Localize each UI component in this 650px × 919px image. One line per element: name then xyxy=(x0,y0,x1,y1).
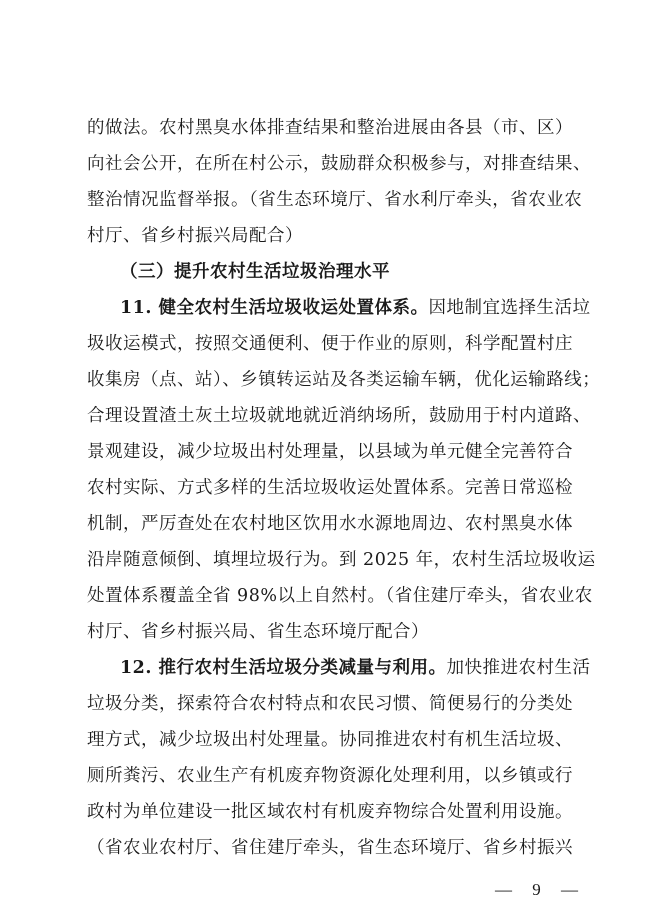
item-11-text: 因地制宜选择生活垃 xyxy=(429,298,591,318)
paragraph-line: 农村实际、方式多样的生活垃圾收运处置体系。完善日常巡检 xyxy=(87,470,565,506)
item-12-first-line: 12. 推行农村生活垃圾分类减量与利用。加快推进农村生活 xyxy=(120,650,565,686)
item-11-first-line: 11. 健全农村生活垃圾收运处置体系。因地制宜选择生活垃 xyxy=(120,290,565,326)
item-12-title: 12. 推行农村生活垃圾分类减量与利用。 xyxy=(120,658,447,678)
paragraph-line: 合理设置渣土灰土垃圾就地就近消纳场所，鼓励用于村内道路、 xyxy=(87,398,565,434)
paragraph-line: 圾收运模式，按照交通便利、便于作业的原则，科学配置村庄 xyxy=(87,326,565,362)
page-number: — 9 — xyxy=(495,880,586,900)
paragraph-line: 垃圾分类，探索符合农村特点和农民习惯、简便易行的分类处 xyxy=(87,686,565,722)
paragraph-line: 的做法。农村黑臭水体排查结果和整治进展由各县（市、区） xyxy=(87,110,565,146)
paragraph-line: 收集房（点、站）、乡镇转运站及各类运输车辆，优化运输路线； xyxy=(87,362,565,398)
paragraph-line: 机制，严厉查处在农村地区饮用水水源地周边、农村黑臭水体 xyxy=(87,506,565,542)
paragraph-line: （省农业农村厅、省住建厅牵头，省生态环境厅、省乡村振兴 xyxy=(87,830,565,866)
paragraph-line: 理方式，减少垃圾出村处理量。协同推进农村有机生活垃圾、 xyxy=(87,722,565,758)
paragraph-line: 景观建设，减少垃圾出村处理量，以县域为单元健全完善符合 xyxy=(87,434,565,470)
paragraph-line: 整治情况监督举报。（省生态环境厅、省水利厅牵头，省农业农 xyxy=(87,182,565,218)
paragraph-line: 沿岸随意倾倒、填埋垃圾行为。到 2025 年，农村生活垃圾收运 xyxy=(87,542,565,578)
section-heading: （三）提升农村生活垃圾治理水平 xyxy=(120,254,565,290)
paragraph-line: 处置体系覆盖全省 98%以上自然村。（省住建厅牵头，省农业农 xyxy=(87,578,565,614)
paragraph-line: 村厅、省乡村振兴局配合） xyxy=(87,218,565,254)
item-11-title: 11. 健全农村生活垃圾收运处置体系。 xyxy=(120,298,429,318)
paragraph-line: 向社会公开，在所在村公示，鼓励群众积极参与，对排查结果、 xyxy=(87,146,565,182)
paragraph-line: 村厅、省乡村振兴局、省生态环境厅配合） xyxy=(87,614,565,650)
paragraph-line: 厕所粪污、农业生产有机废弃物资源化处理利用，以乡镇或行 xyxy=(87,758,565,794)
item-12-text: 加快推进农村生活 xyxy=(447,658,591,678)
paragraph-line: 政村为单位建设一批区域农村有机废弃物综合处置利用设施。 xyxy=(87,794,565,830)
